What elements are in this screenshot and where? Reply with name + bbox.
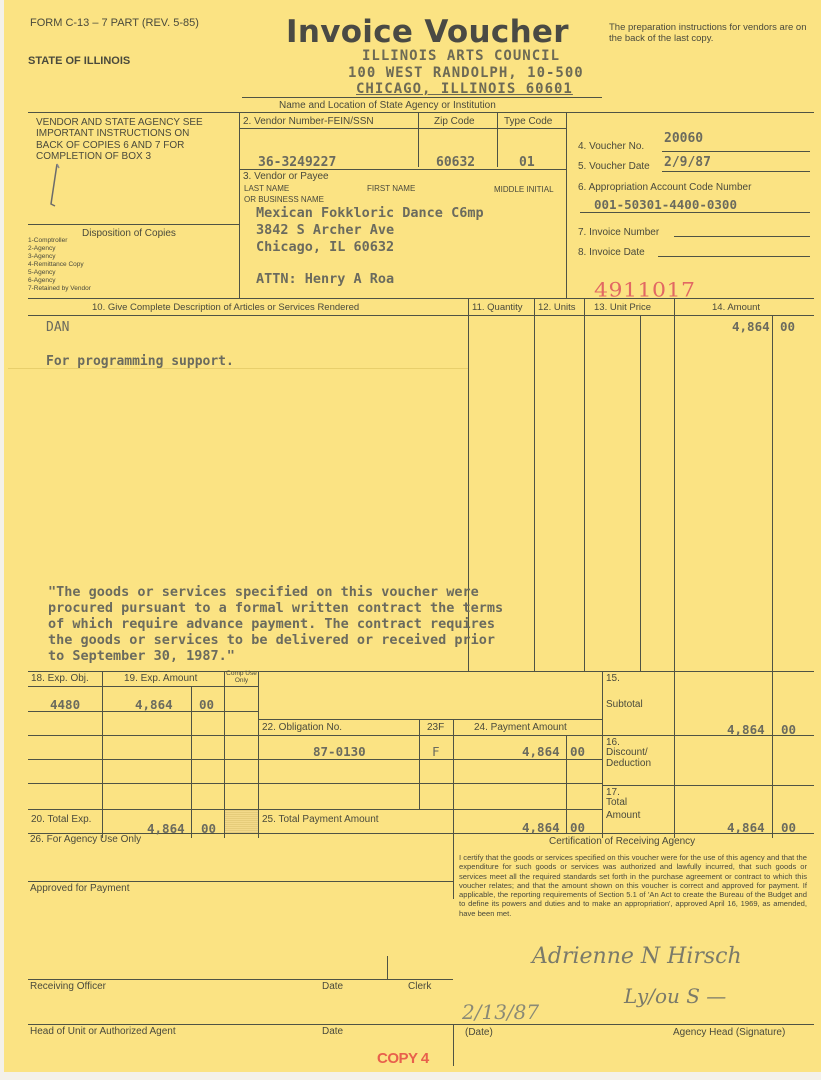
certification-title: Certification of Receiving Agency (549, 836, 695, 847)
divider (497, 112, 498, 167)
payment-amount-dollars[interactable]: 4,864 (522, 744, 560, 759)
disposition-item: 7-Retained by Vendor (28, 285, 91, 293)
zip-label: Zip Code (434, 116, 475, 127)
divider (239, 112, 240, 298)
divider (584, 298, 585, 671)
divider (191, 686, 192, 838)
total-exp-label: 20. Total Exp. (31, 814, 91, 825)
payee-label: 3. Vendor or Payee (243, 171, 329, 182)
exp-obj-value[interactable]: 4480 (50, 697, 80, 712)
divider (419, 719, 420, 809)
divider (28, 735, 602, 736)
divider (28, 298, 814, 299)
agency-city: CHICAGO, ILLINOIS 60601 (356, 81, 573, 97)
total-payment-dollars[interactable]: 4,864 (522, 820, 560, 835)
agency-label: Name and Location of State Agency or Ins… (279, 100, 496, 111)
total-payment-label: 25. Total Payment Amount (262, 814, 379, 825)
vendor-address-2[interactable]: Chicago, IL 60632 (256, 239, 394, 255)
voucher-no-line (662, 151, 810, 152)
total-amount-cents[interactable]: 00 (781, 820, 796, 835)
exp-amount-label: 19. Exp. Amount (124, 673, 197, 684)
divider (102, 671, 103, 838)
total-exp-cents[interactable]: 00 (201, 821, 216, 836)
divider (28, 809, 602, 810)
obligation-label: 22. Obligation No. (262, 722, 342, 733)
item-amount-dollars[interactable]: 4,864 (732, 319, 770, 334)
copy-number-label: COPY 4 (377, 1050, 429, 1067)
voucher-no-label: 4. Voucher No. (578, 141, 644, 152)
receiving-date-label: Date (322, 981, 343, 992)
form-title: Invoice Voucher (286, 14, 569, 50)
divider (640, 315, 641, 671)
item-description-2[interactable]: For programming support. (46, 354, 234, 369)
disposition-title: Disposition of Copies (82, 228, 176, 239)
divider (258, 671, 259, 838)
subtotal-dollars[interactable]: 4,864 (727, 722, 765, 737)
divider (28, 1024, 453, 1025)
payment-amount-label: 24. Payment Amount (474, 722, 567, 733)
approp-label: 6. Appropriation Account Code Number (578, 182, 751, 193)
divider (566, 112, 567, 298)
approp-line (580, 212, 810, 213)
divider (602, 671, 603, 838)
exp-amount-dollars[interactable]: 4,864 (135, 697, 173, 712)
divider (258, 719, 602, 720)
subtotal-cents[interactable]: 00 (781, 722, 796, 737)
receiving-officer-label: Receiving Officer (30, 981, 106, 992)
invoice-no-field[interactable] (674, 236, 810, 237)
agency-underline (242, 97, 602, 98)
first-name-label: FIRST NAME (367, 184, 415, 193)
exp-amount-cents[interactable]: 00 (199, 697, 214, 712)
business-name-label: OR BUSINESS NAME (244, 195, 324, 204)
instructions-line-1: VENDOR AND STATE AGENCY SEE (36, 117, 203, 129)
contract-statement-2: procured pursuant to a formal written co… (48, 600, 503, 616)
divider (453, 1024, 454, 1066)
contract-statement-5: to September 30, 1987." (48, 648, 235, 664)
zip-value[interactable]: 60632 (436, 155, 475, 170)
payment-amount-cents[interactable]: 00 (570, 744, 585, 759)
total-exp-dollars[interactable]: 4,864 (147, 821, 185, 836)
divider (28, 671, 814, 672)
prep-note: The preparation instructions for vendors… (609, 22, 809, 44)
head-of-unit-label: Head of Unit or Authorized Agent (30, 1026, 176, 1037)
contract-statement-1: "The goods or services specified on this… (48, 584, 479, 600)
divider (453, 719, 454, 899)
divider (674, 298, 675, 838)
staple-mark-icon (48, 160, 62, 210)
divider (602, 785, 814, 786)
divider (239, 128, 566, 129)
type-code-label: Type Code (504, 116, 552, 127)
col-23f-label: 23F (427, 722, 444, 733)
form-number: FORM C-13 – 7 PART (REV. 5-85) (30, 17, 199, 29)
comp-use-hatch (225, 810, 258, 833)
amount-label: Amount (606, 810, 640, 821)
divider (566, 735, 567, 833)
vendor-name[interactable]: Mexican Fokkloric Dance C6mp (256, 205, 484, 221)
divider (772, 315, 773, 838)
col-23f-value[interactable]: F (432, 744, 440, 759)
invoice-no-label: 7. Invoice Number (578, 227, 659, 238)
vendor-address-1[interactable]: 3842 S Archer Ave (256, 222, 394, 238)
voucher-no-value[interactable]: 20060 (664, 131, 703, 146)
voucher-date-label: 5. Voucher Date (578, 161, 650, 172)
subtotal-label: Subtotal (606, 699, 643, 710)
red-stamp-number: 4911017 (594, 279, 695, 302)
divider (418, 112, 419, 167)
agency-use-label: 26. For Agency Use Only (30, 834, 141, 845)
fein-value[interactable]: 36-3249227 (258, 155, 336, 170)
divider (28, 881, 453, 882)
exp-obj-label: 18. Exp. Obj. (31, 673, 89, 684)
state-label: STATE OF ILLINOIS (28, 55, 130, 67)
comp-use-label: Comp Use Only (225, 670, 258, 684)
subtotal-num: 15. (606, 673, 620, 684)
agency-name: ILLINOIS ARTS COUNCIL (362, 48, 560, 64)
fein-label: 2. Vendor Number-FEIN/SSN (243, 116, 374, 127)
col-unit-price: 13. Unit Price (594, 302, 651, 313)
agency-street: 100 WEST RANDOLPH, 10-500 (348, 65, 584, 81)
divider (28, 833, 814, 834)
divider (28, 315, 814, 316)
paper-fold (8, 368, 468, 369)
signature-label: Agency Head (Signature) (673, 1027, 785, 1038)
col-amount: 14. Amount (712, 302, 760, 313)
approved-label: Approved for Payment (30, 883, 130, 894)
voucher-date-value[interactable]: 2/9/87 (664, 155, 711, 170)
voucher-date-line (662, 171, 810, 172)
agency-head-signature: Adrienne N Hirsch (532, 944, 742, 969)
signature-line (453, 1024, 814, 1025)
col-units: 12. Units (538, 302, 576, 313)
agency-head-signature-2: Ly/ou S — (624, 984, 726, 1008)
divider (28, 783, 602, 784)
instructions-line-2: IMPORTANT INSTRUCTIONS ON (36, 128, 189, 139)
invoice-voucher-form: FORM C-13 – 7 PART (REV. 5-85) STATE OF … (4, 0, 821, 1072)
discount-label: Discount/ (606, 747, 648, 758)
certification-text: I certify that the goods or services spe… (459, 853, 807, 918)
certification-date-label: (Date) (465, 1027, 493, 1038)
head-date-label: Date (322, 1026, 343, 1037)
last-name-label: LAST NAME (244, 184, 289, 193)
middle-initial-label: MIDDLE INITIAL (494, 185, 554, 194)
instructions-line-3: BACK OF COPIES 6 AND 7 FOR (36, 140, 184, 151)
invoice-date-label: 8. Invoice Date (578, 247, 645, 258)
divider (28, 224, 239, 225)
divider (28, 979, 453, 980)
total-payment-cents[interactable]: 00 (570, 820, 585, 835)
divider (28, 759, 602, 760)
deduction-label: Deduction (606, 758, 651, 769)
obligation-value[interactable]: 87-0130 (313, 744, 366, 759)
vendor-attn[interactable]: ATTN: Henry A Roa (256, 271, 394, 287)
item-amount-cents[interactable]: 00 (780, 319, 795, 334)
handwritten-date: 2/13/87 (462, 1000, 539, 1024)
item-description[interactable]: DAN (46, 320, 69, 335)
type-code-value[interactable]: 01 (519, 155, 535, 170)
clerk-label: Clerk (408, 981, 431, 992)
divider (387, 956, 388, 979)
contract-statement-3: of which require advance payment. The co… (48, 616, 495, 632)
invoice-date-field[interactable] (658, 256, 810, 257)
total-amount-dollars[interactable]: 4,864 (727, 820, 765, 835)
divider (534, 298, 535, 671)
contract-statement-4: the goods or services to be delivered or… (48, 632, 495, 648)
approp-value[interactable]: 001-50301-4400-0300 (594, 197, 737, 212)
total-label: Total (606, 797, 627, 808)
col-description: 10. Give Complete Description of Article… (92, 302, 359, 313)
divider (28, 112, 814, 113)
col-quantity: 11. Quantity (472, 302, 523, 313)
